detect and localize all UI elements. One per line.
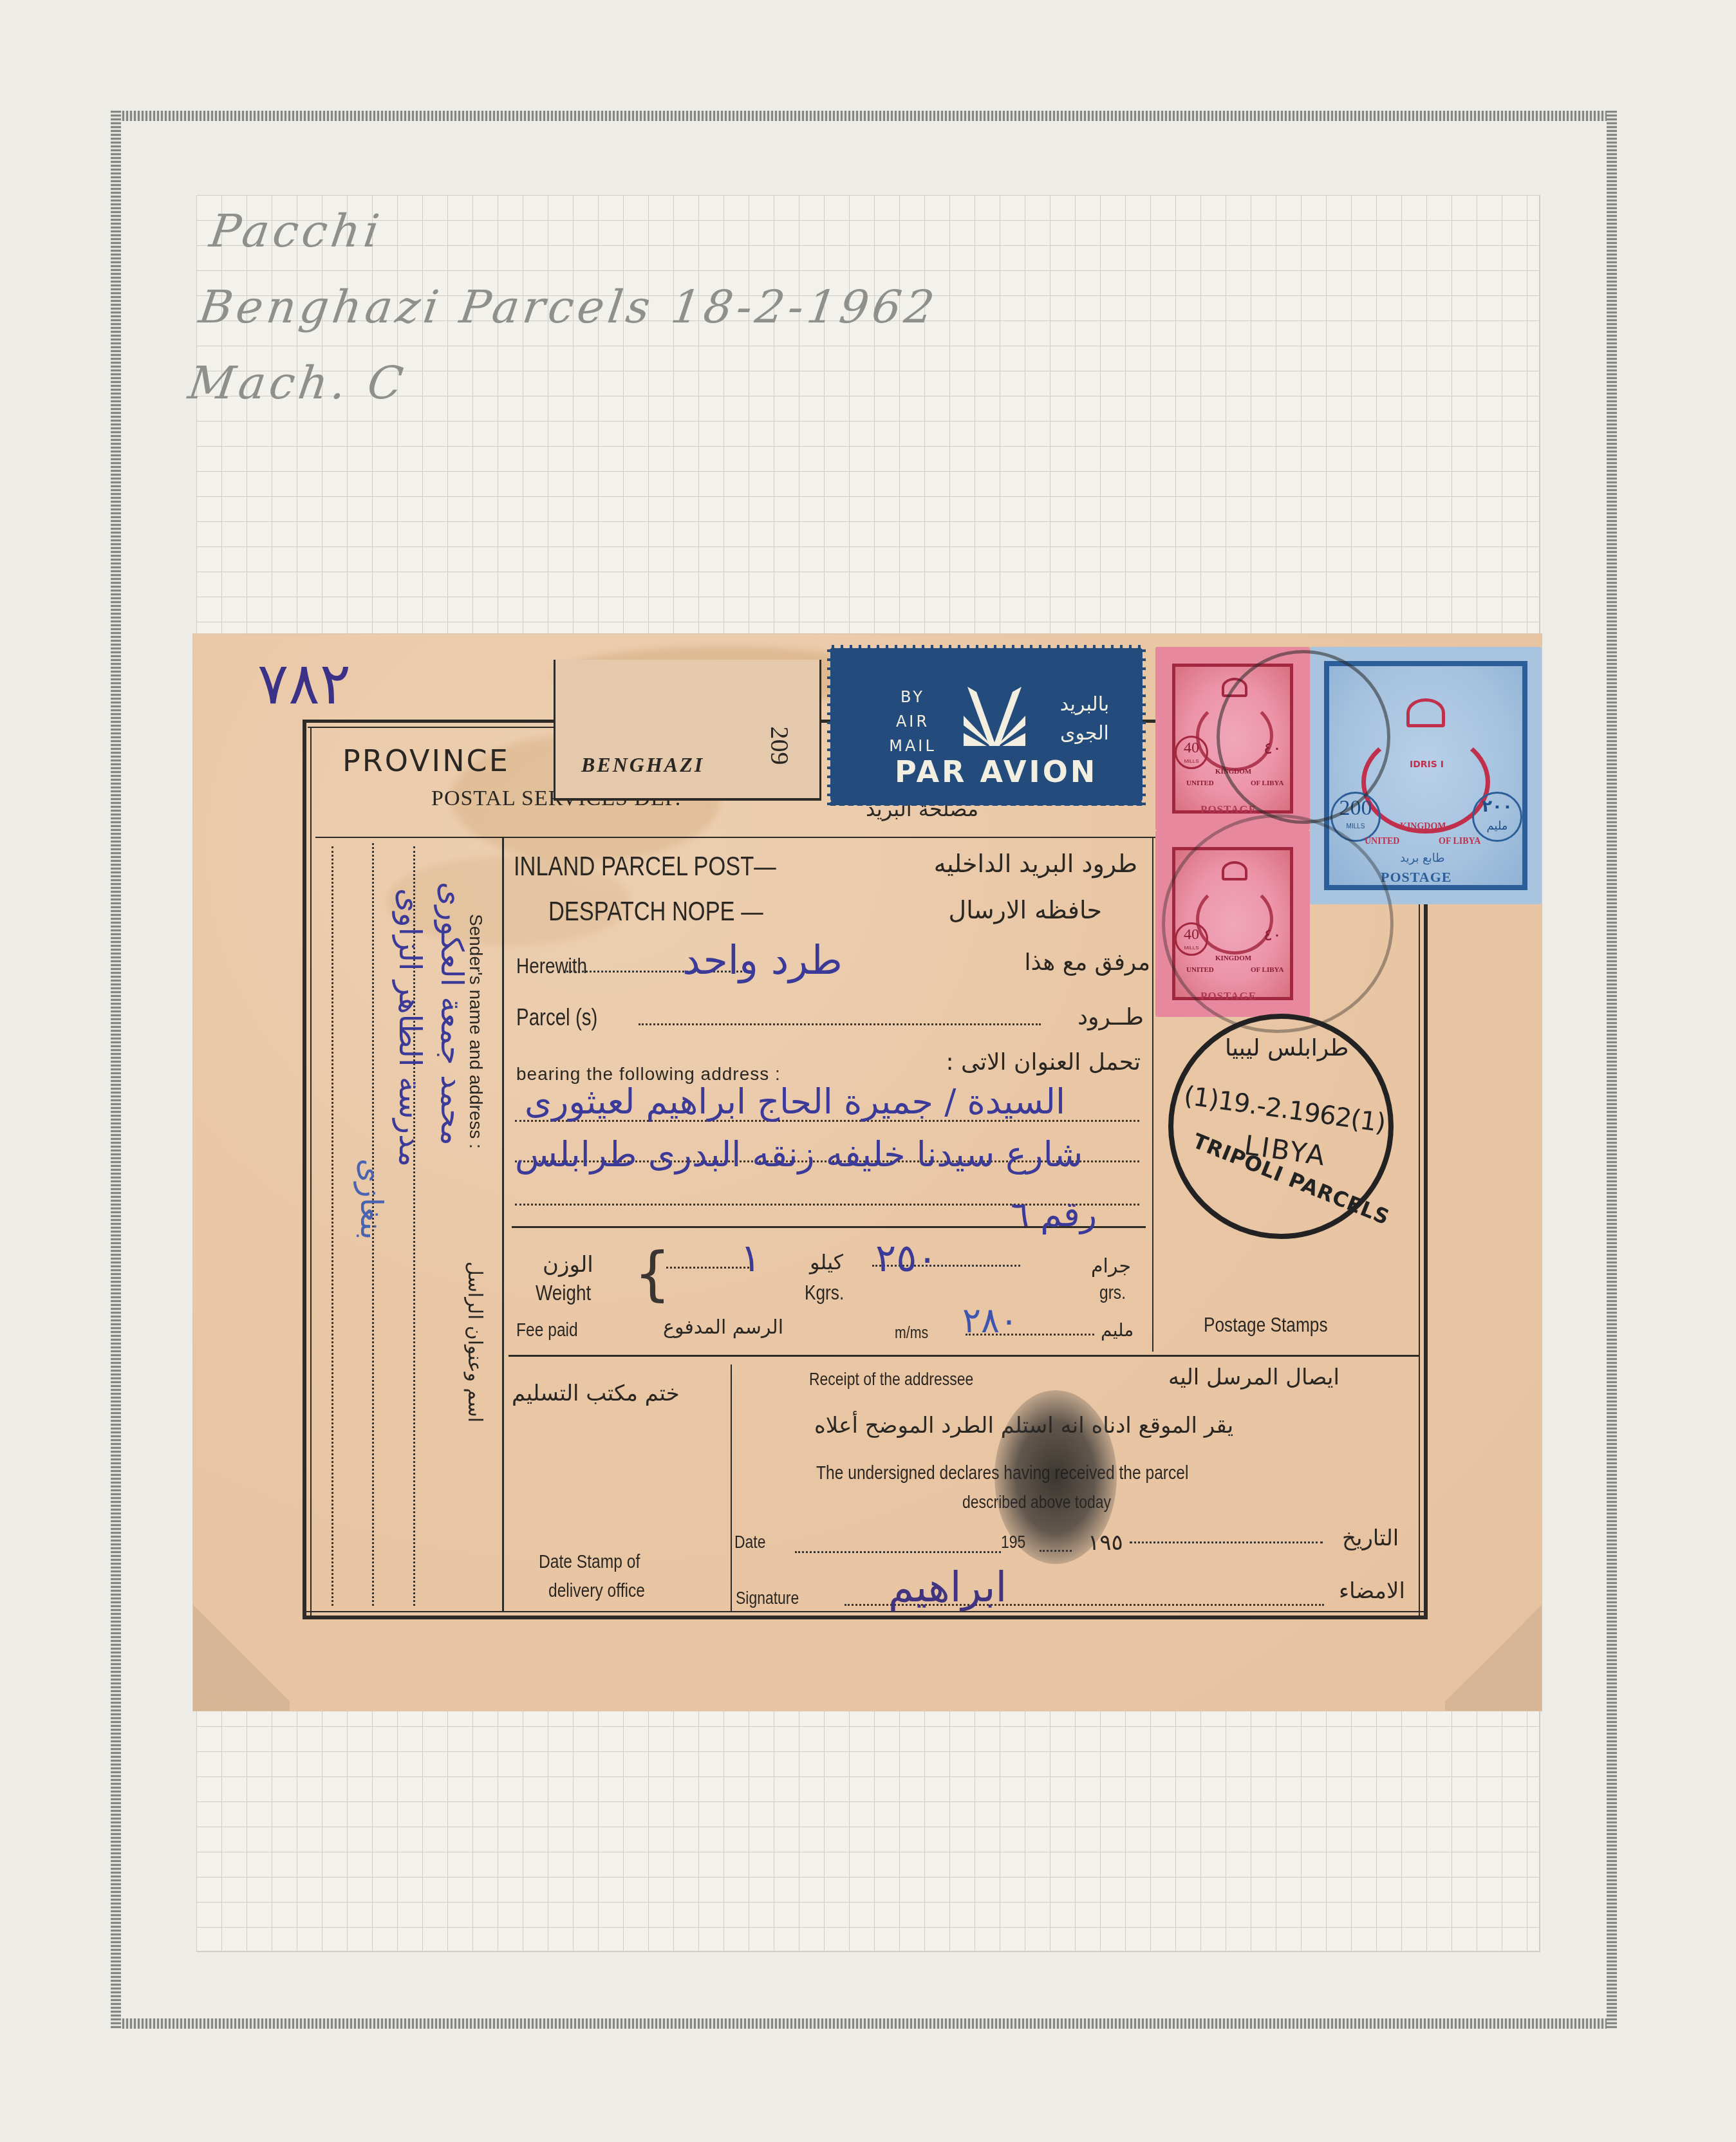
receipt-signature-label: Signature xyxy=(736,1588,799,1608)
delivery-column-divider xyxy=(731,1364,732,1612)
registration-label: BENGHAZI 209 xyxy=(554,660,821,801)
hinge-fold-right xyxy=(1445,1596,1542,1711)
album-frame-top xyxy=(111,111,1617,121)
form-border-left-inner xyxy=(310,727,312,1616)
handwritten-number: ٧٨٢ xyxy=(257,650,351,718)
registration-number: 209 xyxy=(765,727,795,765)
receipt-date-field-2 xyxy=(1040,1550,1072,1552)
form-border-top-inner xyxy=(308,727,572,728)
sender-handwriting-2: مدرسة الطاهر الزاوى xyxy=(392,888,428,1167)
despatch-note-title-ar: حافظه الارسال xyxy=(949,896,1102,924)
airmail-arabic-2: الجوى xyxy=(1049,719,1120,748)
pencil-note-line-2: Benghazi Parcels 18-2-1962 xyxy=(194,269,943,345)
delivery-stamp-label-2: delivery office xyxy=(548,1580,645,1602)
weight-kg-label: Kgrs. xyxy=(805,1281,844,1305)
stamp-postage: POSTAGE xyxy=(1381,869,1452,886)
weight-kg-value: ١ xyxy=(740,1236,761,1281)
stamp-value-ar: ٢٠٠ xyxy=(1474,794,1520,819)
inland-parcel-post-title-ar: طرود البريد الداخليه xyxy=(934,850,1137,878)
parcels-label-ar: طــرود xyxy=(1078,1004,1144,1030)
album-frame-bottom xyxy=(111,2018,1617,2029)
stamp-kingdom: KINGDOM xyxy=(1400,822,1446,832)
hinge-fold-left xyxy=(193,1596,290,1711)
pencil-note-line-3: Mach. C xyxy=(183,345,932,421)
receipt-signature-label-ar: الامضاء xyxy=(1339,1578,1405,1604)
sender-column-divider xyxy=(502,837,504,1612)
stamp-value: 40 xyxy=(1177,738,1206,758)
album-frame-left xyxy=(111,111,121,2029)
weight-g-value: ٢٥٠ xyxy=(875,1236,938,1281)
postmark-faint-2 xyxy=(1162,814,1394,1033)
province-title: PROVINCE xyxy=(342,743,510,778)
sender-dotline-1 xyxy=(331,846,333,1606)
airmail-arabic-1: بالبريد xyxy=(1049,690,1120,719)
stamp-arabic-label: طابع بريد xyxy=(1400,852,1445,865)
stamp-of-libya: OF LIBYA xyxy=(1439,837,1480,847)
inland-parcel-post-title: INLAND PARCEL POST— xyxy=(514,851,776,882)
airmail-by: BY xyxy=(884,685,942,709)
receipt-date-year: 195 xyxy=(1001,1532,1025,1552)
herewith-label-ar: مرفق مع هذا xyxy=(1024,949,1150,976)
form-border-bottom xyxy=(303,1616,1428,1619)
fee-unit-label: m/ms xyxy=(895,1323,928,1343)
postmark-tripoli-parcels: طرابلس ليبيا (1)19.-2.1962(1) LIBYA TRIP… xyxy=(1168,1014,1394,1239)
stamps-column-divider xyxy=(1152,837,1153,1352)
sender-handwriting-1: محمد جمعة العكورى xyxy=(434,882,470,1146)
herewith-value[interactable]: طرد واحد xyxy=(682,936,843,983)
postmark-arabic: طرابلس ليبيا xyxy=(1225,1035,1349,1061)
form-border-right-inner xyxy=(1419,792,1420,1616)
delivery-stamp-label-1: Date Stamp of xyxy=(539,1551,640,1573)
address-handwriting-1: السيدة / جميرة الحاج ابراهيم لعيثورى xyxy=(525,1081,1123,1122)
fee-value: ٢٨٠ xyxy=(962,1300,1018,1341)
weight-label: Weight xyxy=(536,1281,591,1306)
postmark-faint-1 xyxy=(1217,650,1390,824)
receipt-date-field[interactable] xyxy=(795,1551,1001,1553)
airmail-air: AIR xyxy=(884,709,942,734)
postmark-date: (1)19.-2.1962(1) xyxy=(1182,1081,1387,1138)
form-border-left xyxy=(303,720,306,1619)
stamp-united: UNITED xyxy=(1186,779,1214,787)
herewith-label: Herewith xyxy=(516,954,587,979)
weight-g-label-ar: جرام xyxy=(1091,1255,1131,1278)
stamp-postage: POSTAGE xyxy=(1200,803,1256,816)
address-handwriting-2: شارع سيدنا خليفه زنقه البدرى طرابلس xyxy=(515,1134,1114,1175)
weight-kg-label-ar: كيلو xyxy=(810,1250,843,1274)
parcels-label: Parcel (s) xyxy=(516,1004,597,1031)
lower-section-divider xyxy=(509,1355,1419,1357)
stamp-unit-ar: مليم xyxy=(1474,819,1520,833)
receipt-date-year-ar: ١٩٥ xyxy=(1088,1530,1123,1556)
receipt-title-ar: ايصال المرسل اليه xyxy=(1168,1364,1339,1390)
postage-stamps-label: Postage Stamps xyxy=(1204,1313,1328,1337)
receipt-title: Receipt of the addressee xyxy=(809,1369,973,1390)
receipt-date-field-3 xyxy=(1130,1541,1323,1543)
pencil-note-line-1: Pacchi xyxy=(205,193,953,269)
wings-icon xyxy=(962,687,1027,751)
stamp-unit: MILLS xyxy=(1332,823,1379,830)
receipt-date-label-ar: التاريخ xyxy=(1342,1525,1399,1551)
stamp-united: UNITED xyxy=(1365,837,1399,847)
registration-office: BENGHAZI xyxy=(581,753,704,777)
stamp-unit: MILLS xyxy=(1177,758,1206,764)
form-border-bottom-inner xyxy=(303,1611,1428,1612)
receipt-signature-value: ابراهيم xyxy=(888,1564,1007,1612)
album-frame-right xyxy=(1607,111,1617,2029)
fee-unit-label-ar: مليم xyxy=(1101,1319,1134,1341)
weight-brace: { xyxy=(634,1245,671,1303)
receipt-date-label: Date xyxy=(734,1532,766,1552)
address-label-ar: تحمل العنوان الاتى : xyxy=(946,1049,1141,1076)
crown-icon xyxy=(1406,698,1445,727)
sender-label-ar: اسم وعنوان الراسل xyxy=(463,1262,486,1422)
weight-g-label: grs. xyxy=(1099,1282,1126,1304)
weight-label-ar: الوزن xyxy=(543,1252,593,1278)
delivery-stamp-label-ar: ختم مكتب التسليم xyxy=(512,1381,680,1406)
airmail-par-avion: PAR AVION xyxy=(895,754,1097,789)
sender-handwriting-3: بنغازى xyxy=(353,1159,389,1240)
address-handwriting-3: رقم ٦ xyxy=(1011,1194,1097,1234)
parcels-field[interactable] xyxy=(639,1023,1041,1025)
pencil-annotation: Pacchi Benghazi Parcels 18-2-1962 Mach. … xyxy=(183,193,953,421)
despatch-note-title: DESPATCH NOPE — xyxy=(548,896,763,927)
fee-paid-label-ar: الرسم المدفوع xyxy=(663,1316,783,1339)
airmail-label: BY AIR MAIL بالبريد الجوى PAR AVION xyxy=(834,651,1139,799)
fee-paid-label: Fee paid xyxy=(516,1319,578,1341)
